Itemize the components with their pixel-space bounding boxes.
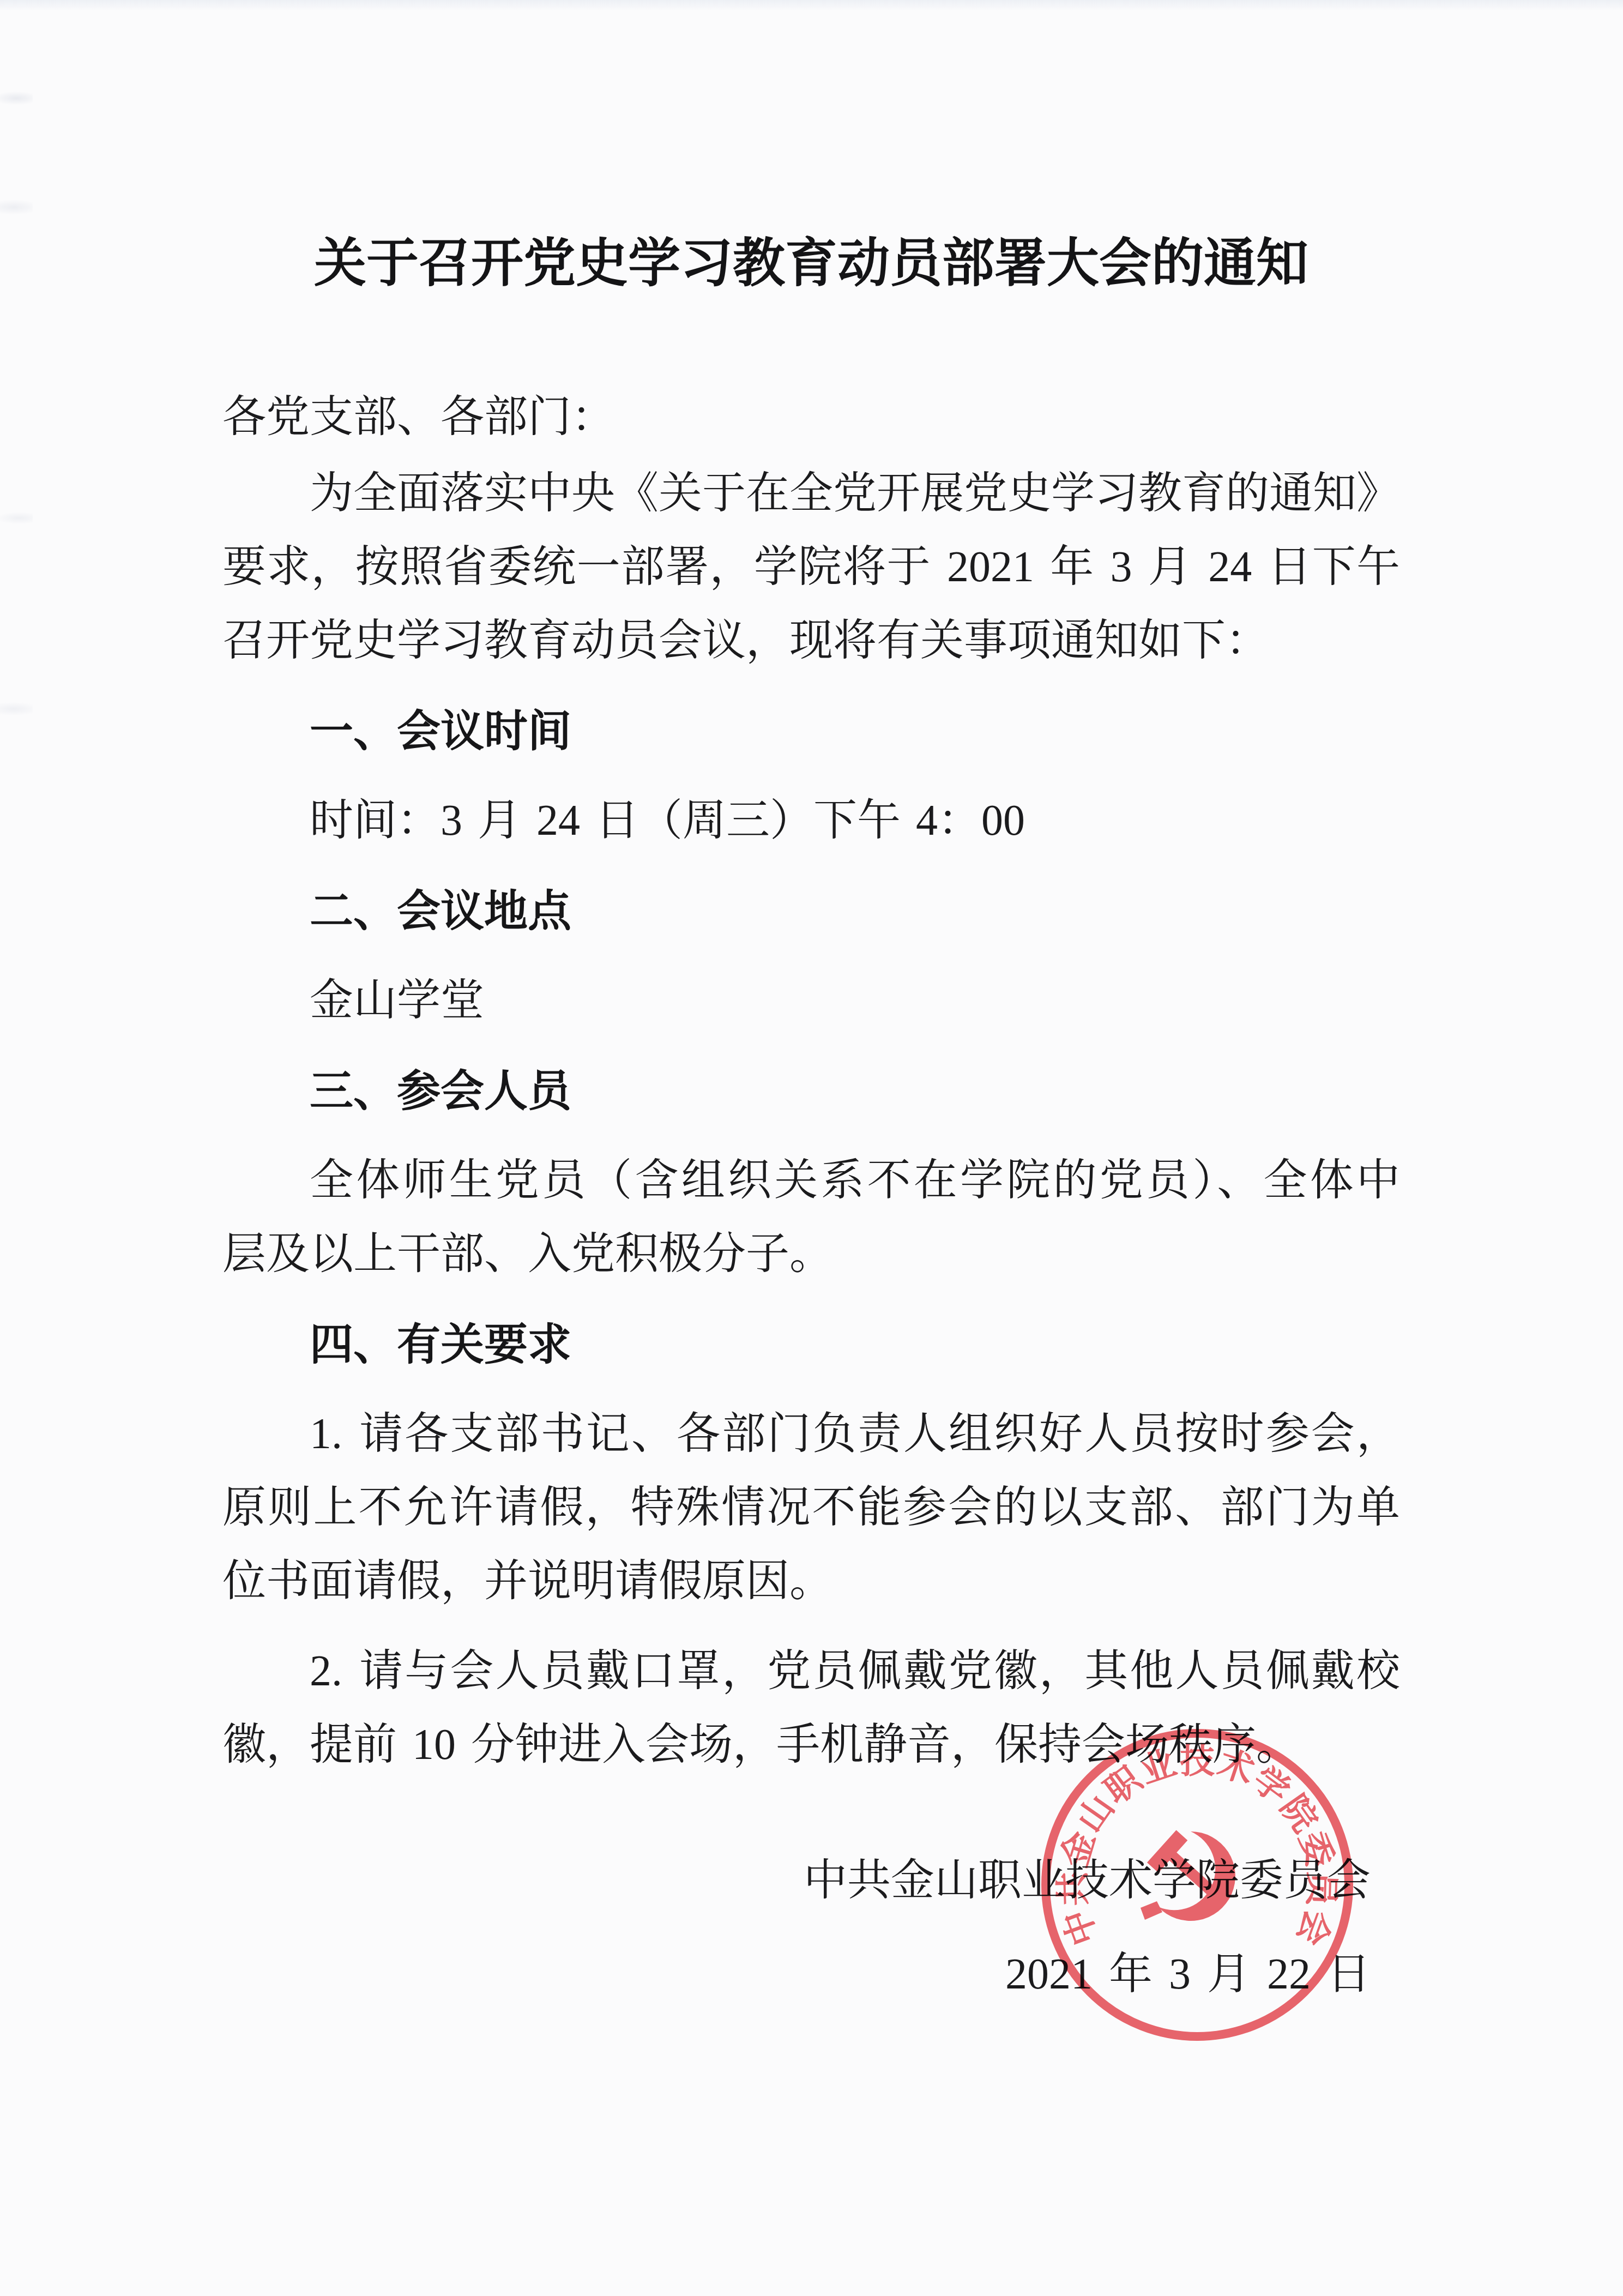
intro-paragraph: 为全面落实中央《关于在全党开展党史学习教育的通知》 要求，按照省委统一部署，学院… <box>222 457 1400 678</box>
text-line: 时间：3 月 24 日（周三）下午 4：00 <box>222 784 1400 858</box>
section-1-heading: 一、会议时间 <box>222 694 1400 768</box>
heading-line: 二、会议地点 <box>222 874 1400 948</box>
text-line: 要求，按照省委统一部署，学院将于 2021 年 3 月 24 日下午 <box>222 531 1400 604</box>
requirement-1-paragraph: 1. 请各支部书记、各部门负责人组织好人员按时参会， 原则上不允许请假，特殊情况… <box>222 1397 1400 1618</box>
text-line: 2. 请与会人员戴口罩，党员佩戴党徽，其他人员佩戴校 <box>222 1635 1400 1708</box>
text-line: 金山学堂 <box>222 964 1400 1038</box>
text-line: 各党支部、各部门： <box>222 381 1400 454</box>
hammer-and-sickle-icon <box>1141 1830 1239 1921</box>
text-line: 全体师生党员（含组织关系不在学院的党员）、全体中 <box>222 1144 1400 1218</box>
meeting-time-paragraph: 时间：3 月 24 日（周三）下午 4：00 <box>222 784 1400 858</box>
seal-ring-char: 中 <box>1056 1905 1105 1951</box>
text-line: 为全面落实中央《关于在全党开展党史学习教育的通知》 <box>222 457 1400 531</box>
text-line: 原则上不允许请假，特殊情况不能参会的以支部、部门为单 <box>222 1471 1400 1545</box>
heading-line: 三、参会人员 <box>222 1054 1400 1128</box>
salutation-paragraph: 各党支部、各部门： <box>222 381 1400 454</box>
notice-body: 关于召开党史学习教育动员部署大会的通知 各党支部、各部门： 为全面落实中央《关于… <box>222 228 1400 1798</box>
heading-line: 四、有关要求 <box>222 1307 1400 1381</box>
official-seal: 中共金山职业技术学院委员会 <box>1023 1710 1372 2059</box>
heading-line: 一、会议时间 <box>222 694 1400 768</box>
scanned-notice-page: 关于召开党史学习教育动员部署大会的通知 各党支部、各部门： 为全面落实中央《关于… <box>0 0 1623 2296</box>
seal-ring-char: 共 <box>1053 1871 1093 1907</box>
section-2-heading: 二、会议地点 <box>222 874 1400 948</box>
text-line: 召开党史学习教育动员会议，现将有关事项通知如下： <box>222 604 1400 678</box>
seal-ring-char: 技 <box>1180 1741 1215 1780</box>
section-3-heading: 三、参会人员 <box>222 1054 1400 1128</box>
section-4-heading: 四、有关要求 <box>222 1307 1400 1381</box>
notice-title: 关于召开党史学习教育动员部署大会的通知 <box>222 228 1400 299</box>
text-line: 1. 请各支部书记、各部门负责人组织好人员按时参会， <box>222 1397 1400 1471</box>
seal-ring-char: 会 <box>1289 1905 1338 1951</box>
meeting-place-paragraph: 金山学堂 <box>222 964 1400 1038</box>
attendees-paragraph: 全体师生党员（含组织关系不在学院的党员）、全体中 层及以上干部、入党积极分子。 <box>222 1144 1400 1291</box>
text-line: 层及以上干部、入党积极分子。 <box>222 1218 1400 1291</box>
seal-ring-char: 员 <box>1301 1871 1342 1909</box>
text-line: 位书面请假，并说明请假原因。 <box>222 1545 1400 1618</box>
